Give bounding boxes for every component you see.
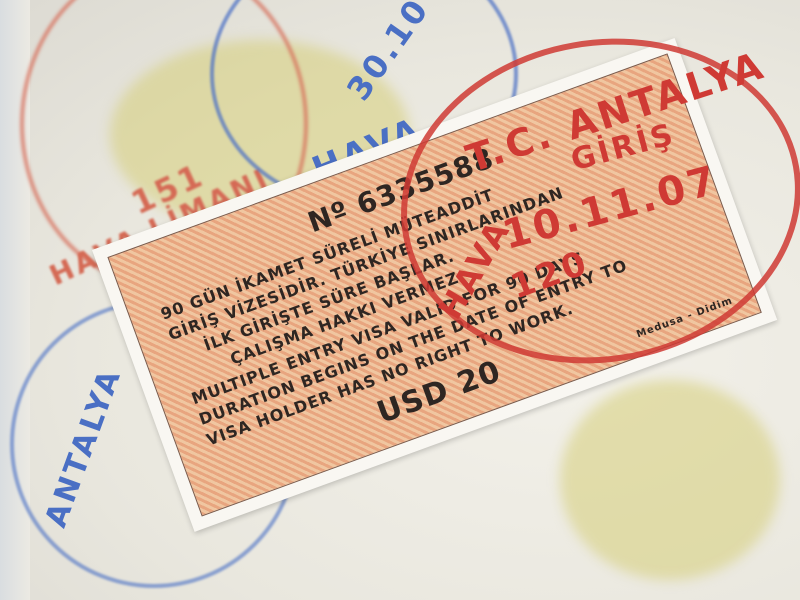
passport-page: 151 HAVA LİMANI 30.10 HAVA ANTALYA Nº 63…: [0, 0, 800, 600]
yellow-watermark: [560, 380, 780, 580]
